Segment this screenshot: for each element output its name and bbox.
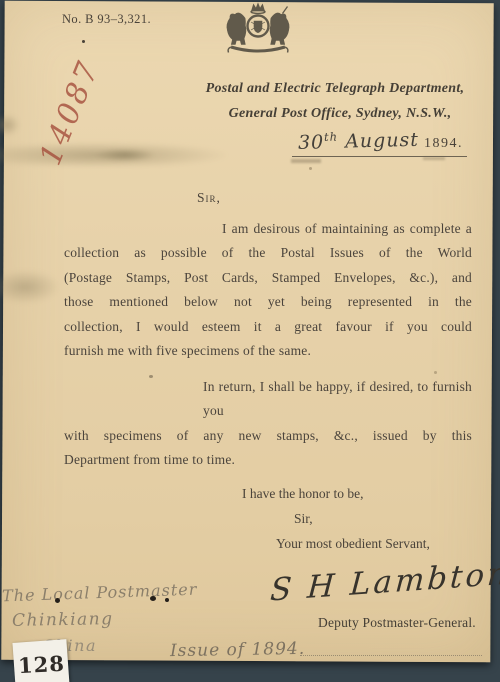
body-line: In return, I shall be happy, if desired,… bbox=[64, 375, 472, 424]
date-rule bbox=[292, 156, 467, 157]
paper-stain bbox=[0, 114, 20, 136]
letterhead-department: Postal and Electric Telegraph Department… bbox=[185, 81, 485, 97]
handwritten-date: 30th August bbox=[298, 127, 419, 153]
paper-stain bbox=[95, 148, 155, 162]
royal-coat-of-arms-icon bbox=[212, 1, 304, 57]
paper-stain bbox=[0, 270, 60, 304]
issue-note: Issue of 1894. bbox=[170, 639, 306, 661]
letterhead-office: General Post Office, Sydney, N.S.W., bbox=[195, 106, 485, 122]
body-line: those mentioned below not yet being repr… bbox=[64, 290, 472, 314]
paper-smudge bbox=[423, 157, 445, 160]
date-year: 1894. bbox=[424, 136, 463, 152]
paper-smudge bbox=[291, 159, 321, 163]
red-filing-number: 14087 bbox=[29, 46, 110, 180]
closing-line: Sir, bbox=[294, 511, 313, 527]
catalog-number: 128 bbox=[17, 650, 65, 677]
body-line: furnish me with five specimens of the sa… bbox=[64, 339, 472, 363]
paper-speck bbox=[434, 371, 437, 374]
date-day: 30 bbox=[298, 131, 325, 154]
body-line: I am desirous of maintaining as complete… bbox=[64, 217, 472, 241]
body-line: (Postage Stamps, Post Cards, Stamped Env… bbox=[64, 266, 472, 290]
paper-speck bbox=[82, 40, 85, 43]
ink-blot bbox=[150, 596, 156, 601]
date-ordinal: th bbox=[324, 130, 338, 144]
body-line: collection, I would esteem it a great fa… bbox=[64, 315, 472, 339]
signature-title: Deputy Postmaster-General. bbox=[318, 615, 476, 631]
body-line: Department from time to time. bbox=[64, 448, 472, 472]
body-line: with specimens of any new stamps, &c., i… bbox=[64, 424, 472, 448]
body-line: collection as possible of the Postal Iss… bbox=[64, 241, 472, 265]
paper-speck bbox=[309, 167, 312, 170]
salutation: Sir, bbox=[197, 190, 221, 206]
letter-content: No. B 93–3,321. 14087 Postal and Electri… bbox=[0, 0, 500, 682]
date-month: August bbox=[345, 129, 419, 153]
closing-line: Your most obedient Servant, bbox=[276, 536, 430, 552]
paragraph-2: In return, I shall be happy, if desired,… bbox=[64, 375, 472, 473]
closing-line: I have the honor to be, bbox=[242, 486, 363, 502]
paragraph-1: I am desirous of maintaining as complete… bbox=[64, 217, 472, 363]
catalog-label: 128 bbox=[12, 639, 69, 682]
reference-number: No. B 93–3,321. bbox=[62, 12, 151, 27]
signature: S H Lambton bbox=[269, 555, 500, 608]
recipient-line: Chinkiang bbox=[12, 609, 114, 631]
ink-blot bbox=[165, 598, 169, 602]
ink-blot bbox=[55, 598, 60, 603]
dotted-rule bbox=[300, 655, 482, 656]
